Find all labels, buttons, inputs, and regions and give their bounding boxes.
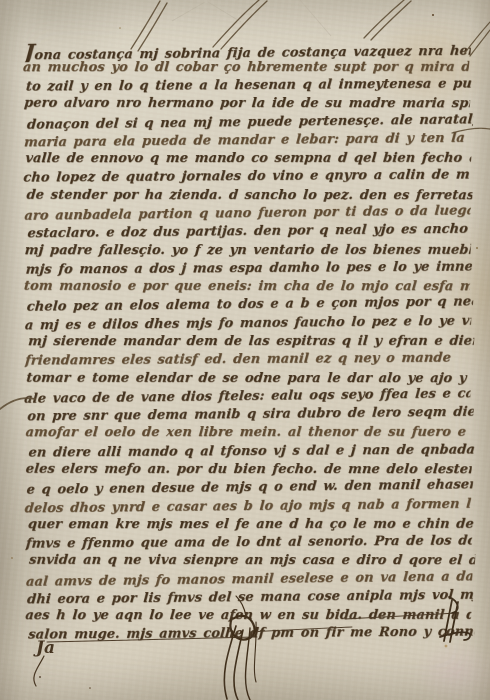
manuscript-line: mj padre fallesçio. yo f ze yn ventario … <box>24 241 472 260</box>
manuscript-line: amofar el oelo de xen libre mein. al the… <box>25 424 473 443</box>
manuscript-line: cho lopez de quatro jornales do vino e q… <box>22 167 470 189</box>
manuscript-line: salon muge. mjs amvs colhe df pm on fir … <box>27 624 475 646</box>
manuscript-scan: Jona costança mj sobrina fija de costanç… <box>0 0 490 700</box>
text-block: Jona costança mj sobrina fija de costanç… <box>0 0 490 700</box>
manuscript-line: friendamres eles satisf ed. den manil ez… <box>24 350 451 372</box>
